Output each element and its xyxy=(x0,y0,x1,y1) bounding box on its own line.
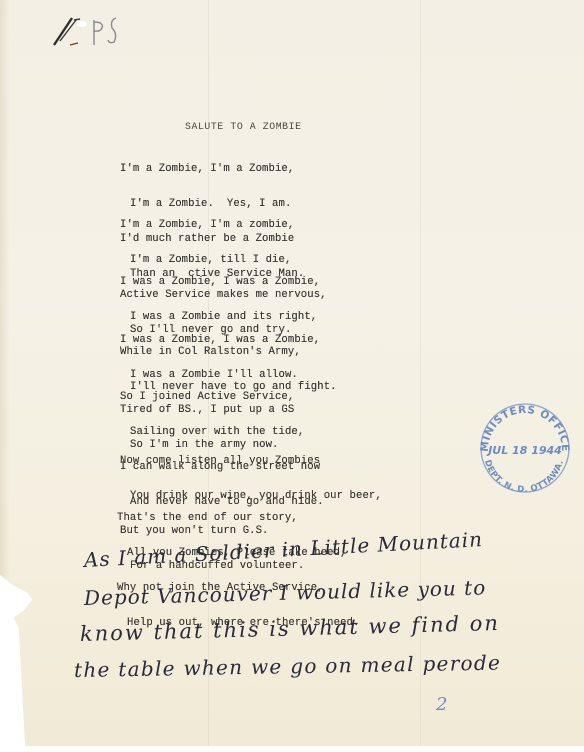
torn-corner xyxy=(0,575,34,746)
scan-margin xyxy=(0,746,584,752)
handwritten-line-4: the table when we go on meal perode xyxy=(74,651,502,682)
poem-line: I was a Zombie, I was a Zombie, xyxy=(120,277,337,289)
poem-line: I was a Zombie, I was a Zombie, xyxy=(120,335,320,347)
poem-title: SALUTE TO A ZOMBIE xyxy=(185,121,302,132)
poem-line: I'm a Zombie, I'm a zombie, xyxy=(120,220,327,232)
stamp-bottom-text: DEPT. N. D. OTTAWA. xyxy=(482,459,566,495)
ministers-office-stamp: MINISTERS OFFICE JUL 18 1944 DEPT. N. D.… xyxy=(474,396,574,496)
page-number: 2 xyxy=(436,694,447,715)
stamp-date: JUL 18 1944 xyxy=(486,444,562,457)
poem-line: I'm a Zombie, I'm a Zombie, xyxy=(120,164,304,176)
poem-line: So I joined Active Service, xyxy=(120,392,324,404)
svg-text:DEPT. N. D. OTTAWA.: DEPT. N. D. OTTAWA. xyxy=(482,459,566,495)
document-page: 1 - PS. SALUTE TO A ZOMBIE I'm a Zombie,… xyxy=(0,0,584,746)
pencil-annotation xyxy=(30,10,120,50)
poem-line: Now come listen all you Zombies xyxy=(120,456,382,468)
poem-line: That's the end of our story, xyxy=(117,513,359,525)
